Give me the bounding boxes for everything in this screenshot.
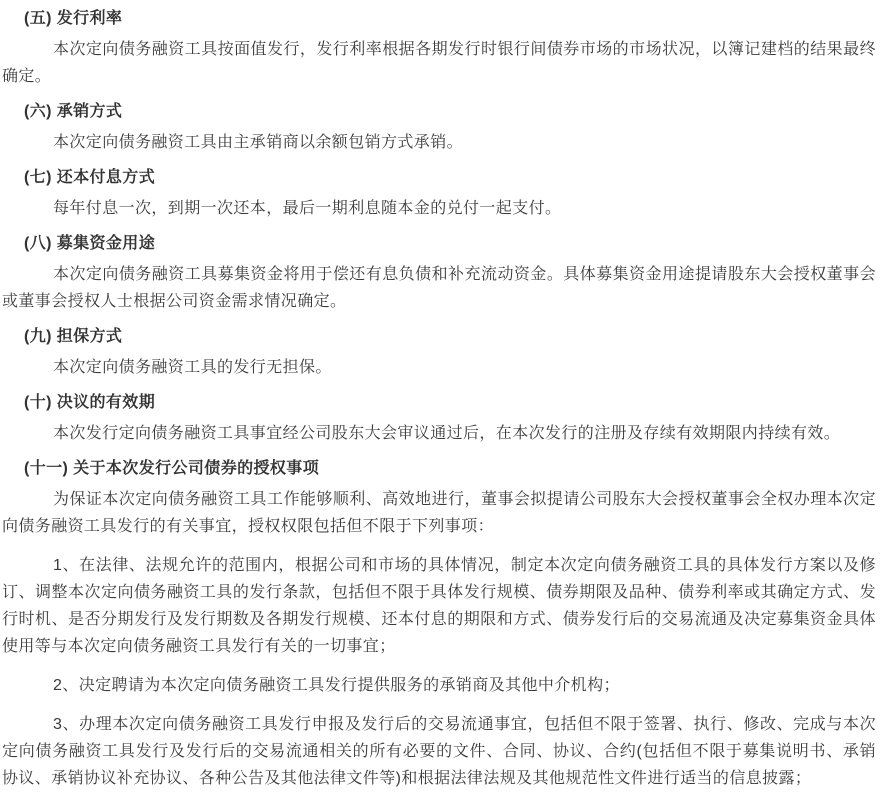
section-heading-guarantee: (九) 担保方式: [24, 326, 876, 348]
paragraph-repayment: 每年付息一次，到期一次还本，最后一期利息随本金的兑付一起支付。: [2, 195, 876, 222]
document-body: (五) 发行利率 本次定向债务融资工具按面值发行，发行利率根据各期发行时银行间债…: [0, 8, 889, 804]
section-heading-authorization: (十一) 关于本次发行公司债券的授权事项: [24, 458, 876, 480]
section-heading-resolution-validity: (十) 决议的有效期: [24, 392, 876, 414]
paragraph-resolution-validity: 本次发行定向债务融资工具事宜经公司股东大会审议通过后，在本次发行的注册及存续有效…: [2, 420, 876, 447]
paragraph-proceeds-use: 本次定向债务融资工具募集资金将用于偿还有息负债和补充流动资金。具体募集资金用途提…: [2, 261, 876, 315]
paragraph-authorization-item-1: 1、在法律、法规允许的范围内，根据公司和市场的具体情况，制定本次定向债务融资工具…: [2, 552, 876, 660]
paragraph-issue-rate: 本次定向债务融资工具按面值发行，发行利率根据各期发行时银行间债券市场的市场状况，…: [2, 36, 876, 90]
paragraph-authorization-item-2: 2、决定聘请为本次定向债务融资工具发行提供服务的承销商及其他中介机构；: [2, 672, 876, 699]
paragraph-authorization-intro: 为保证本次定向债务融资工具工作能够顺利、高效地进行，董事会拟提请公司股东大会授权…: [2, 486, 876, 540]
section-heading-proceeds-use: (八) 募集资金用途: [24, 233, 876, 255]
section-heading-underwriting: (六) 承销方式: [24, 101, 876, 123]
paragraph-underwriting: 本次定向债务融资工具由主承销商以余额包销方式承销。: [2, 129, 876, 156]
paragraph-authorization-item-3: 3、办理本次定向债务融资工具发行申报及发行后的交易流通事宜，包括但不限于签署、执…: [2, 711, 876, 792]
section-heading-issue-rate: (五) 发行利率: [24, 8, 876, 30]
section-heading-repayment: (七) 还本付息方式: [24, 167, 876, 189]
paragraph-guarantee: 本次定向债务融资工具的发行无担保。: [2, 354, 876, 381]
